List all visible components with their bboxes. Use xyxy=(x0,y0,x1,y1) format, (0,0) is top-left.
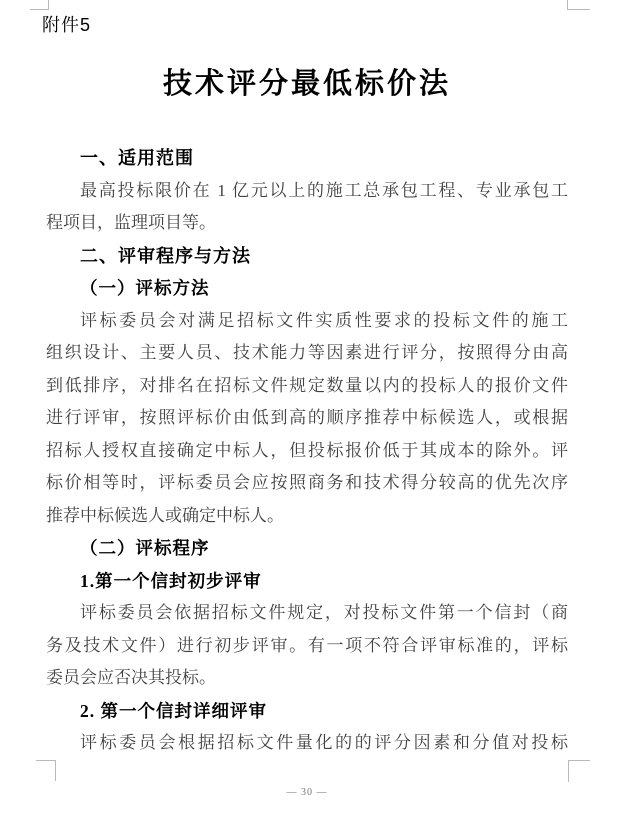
body-line: 评标委员会根据招标文件量化的的评分因素和分值对投标 xyxy=(46,727,568,760)
page-number: — 30 — xyxy=(46,786,568,800)
body-line: 推荐中标候选人或确定中标人。 xyxy=(46,500,568,533)
text-boundary-mark-bottom-right xyxy=(568,760,590,782)
body-line: 委员会应否决其投标。 xyxy=(46,662,568,695)
body-line: 评标委员会依据招标文件规定，对投标文件第一个信封（商 xyxy=(46,597,568,630)
section-heading-scope: 一、适用范围 xyxy=(46,142,568,175)
body-line: 最高投标限价在 1 亿元以上的施工总承包工程、专业承包工 xyxy=(46,175,568,208)
body-line: 招标人授权直接确定中标人，但投标报价低于其成本的除外。评 xyxy=(46,435,568,468)
body-line: 程项目，监理项目等。 xyxy=(46,207,568,240)
text-boundary-mark-bottom-left xyxy=(36,760,56,781)
document-page: 附件5 技术评分最低标价法 一、适用范围 最高投标限价在 1 亿元以上的施工总承… xyxy=(0,0,632,834)
sub-heading-evaluation-procedure: （二）评标程序 xyxy=(46,532,568,565)
numbered-heading-first-envelope-detailed: 2. 第一个信封详细评审 xyxy=(46,695,568,728)
text-boundary-mark-top-left xyxy=(30,0,49,10)
numbered-heading-first-envelope-preliminary: 1.第一个信封初步评审 xyxy=(46,565,568,598)
document-body: 一、适用范围 最高投标限价在 1 亿元以上的施工总承包工程、专业承包工 程项目，… xyxy=(46,142,568,760)
body-line: 务及技术文件）进行初步评审。有一项不符合评审标准的，评标 xyxy=(46,630,568,663)
sub-heading-evaluation-method: （一）评标方法 xyxy=(46,272,568,305)
attachment-label: 附件5 xyxy=(42,13,91,37)
body-line: 评标委员会对满足招标文件实质性要求的投标文件的施工 xyxy=(46,305,568,338)
text-boundary-mark-top-right xyxy=(567,0,590,10)
body-line: 组织设计、主要人员、技术能力等因素进行评分，按照得分由高 xyxy=(46,337,568,370)
section-heading-procedure-method: 二、评审程序与方法 xyxy=(46,240,568,273)
body-line: 进行评审，按照评标价由低到高的顺序推荐中标候选人，或根据 xyxy=(46,402,568,435)
body-line: 标价相等时，评标委员会应按照商务和技术得分较高的优先次序 xyxy=(46,467,568,500)
document-title: 技术评分最低标价法 xyxy=(46,64,568,104)
body-line: 到低排序，对排名在招标文件规定数量以内的投标人的报价文件 xyxy=(46,370,568,403)
